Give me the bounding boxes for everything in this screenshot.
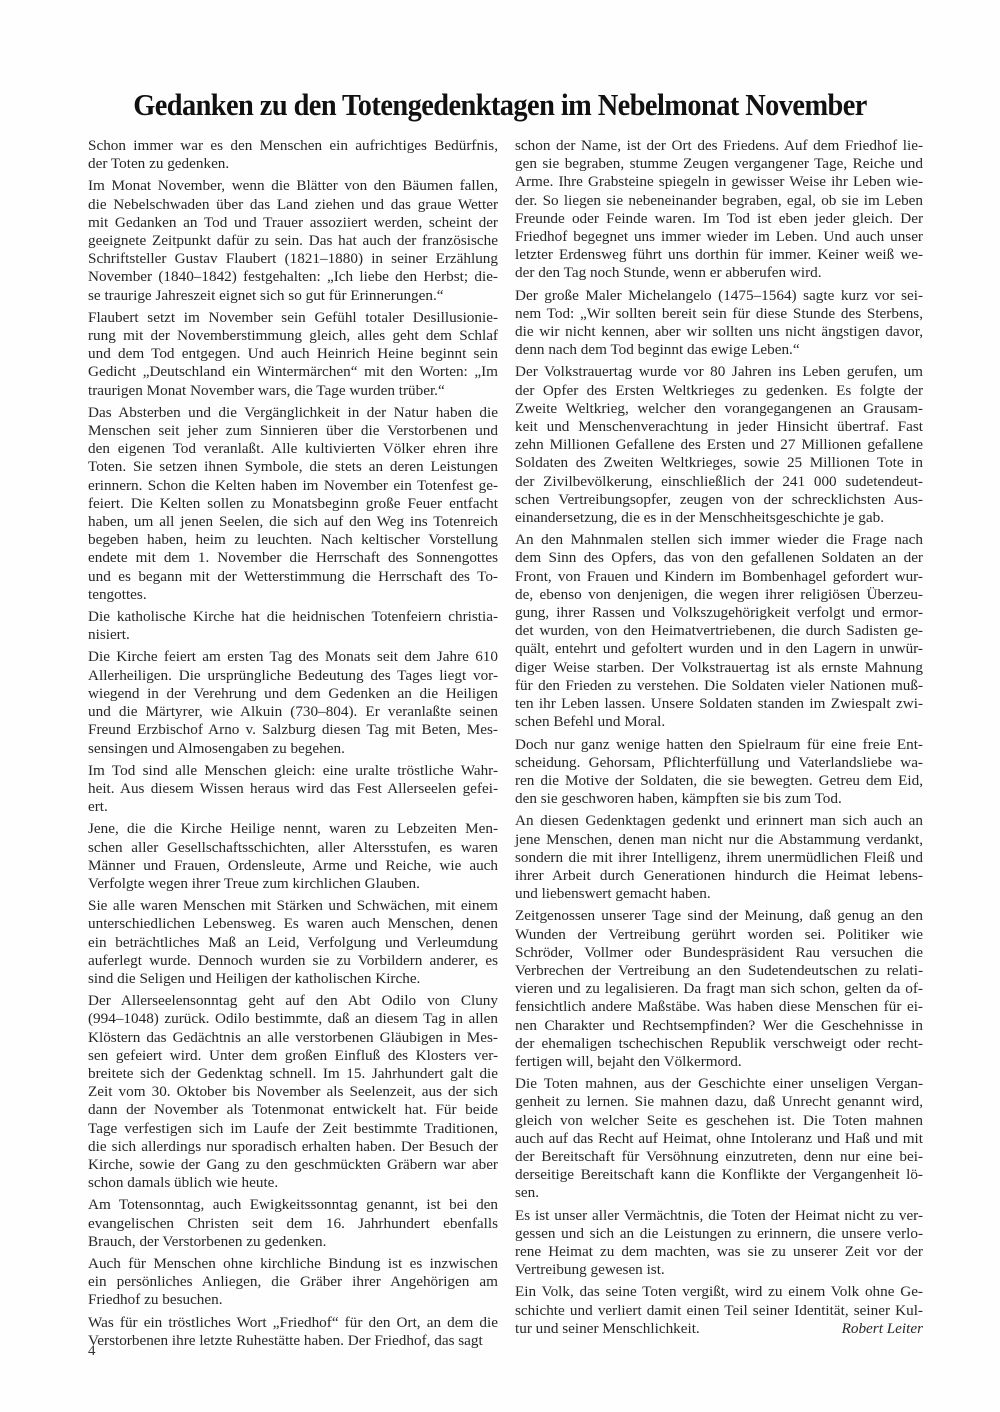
- paragraph: Sie alle waren Menschen mit Stärken und …: [88, 897, 498, 988]
- text-line: An diesen Gedenktagen gedenkt und erinne…: [515, 812, 923, 830]
- text-line: gen sie begraben, stumme Zeugen vergange…: [515, 155, 923, 173]
- text-line: die sich allerdings nur sporadisch erhal…: [88, 1138, 498, 1156]
- paragraph: Auch für Menschen ohne kirchliche Bindun…: [88, 1255, 498, 1310]
- text-line: derseitige Bereitschaft kann die Konflik…: [515, 1166, 923, 1184]
- text-line: wiegend in der Verehrung und dem Gedenke…: [88, 685, 498, 703]
- text-line: die Nebelschwaden über das Land ziehen u…: [88, 196, 498, 214]
- text-line: Brauch, der Verstorbenen zu gedenken.: [88, 1233, 498, 1251]
- text-line: und dem Tod entgegen. Und auch Heinrich …: [88, 345, 498, 363]
- text-line: geeignete Zeitpunkt dafür zu sein. Das h…: [88, 232, 498, 250]
- paragraph: Das Absterben und die Vergänglichkeit in…: [88, 404, 498, 604]
- paragraph: An den Mahnmalen stellen sich immer wied…: [515, 531, 923, 731]
- text-line: ren die Motive der Soldaten, die sie bew…: [515, 772, 923, 790]
- text-line: November (1840–1842) festgehalten: „Ich …: [88, 268, 498, 286]
- text-line: vieren und zu legalisieren. Da fragt man…: [515, 980, 923, 998]
- text-line: nisiert.: [88, 626, 498, 644]
- text-line: den sie geschworen haben, kämpften sie b…: [515, 790, 923, 808]
- text-line: Arme. Ihre Grabsteine spiegeln in gewiss…: [515, 173, 923, 191]
- paragraph: Zeitgenossen unserer Tage sind der Meinu…: [515, 907, 923, 1071]
- text-line: auch auf das Recht auf Heimat, ohne Into…: [515, 1130, 923, 1148]
- text-line: einandersetzung, die es in der Menschhei…: [515, 509, 923, 527]
- text-line: ert.: [88, 798, 498, 816]
- paragraph: Am Totensonntag, auch Ewigkeitssonntag g…: [88, 1196, 498, 1251]
- text-line: Im Tod sind alle Menschen gleich: eine u…: [88, 762, 498, 780]
- text-line: scheidung. Gehorsam, Pflichterfüllung un…: [515, 754, 923, 772]
- text-line: der Bereitschaft für Versöhnung einzutre…: [515, 1148, 923, 1166]
- paragraph: schon der Name, ist der Ort des Friedens…: [515, 137, 923, 283]
- text-line: letzter Erdensweg führt uns dorthin für …: [515, 246, 923, 264]
- text-line: schen Befehl und Moral.: [515, 713, 923, 731]
- text-line: Sie alle waren Menschen mit Stärken und …: [88, 897, 498, 915]
- text-line: de, ebenso von denjenigen, die wegen ihr…: [515, 586, 923, 604]
- left-column: Schon immer war es den Menschen ein aufr…: [88, 137, 498, 1354]
- text-line: jene Menschen, denen man nicht nur die A…: [515, 831, 923, 849]
- text-line: den eigenen Tod veranlaßt. Alle kultivie…: [88, 440, 498, 458]
- text-line: det wurden, von den Heimatvertriebenen, …: [515, 622, 923, 640]
- text-line: Tage verfestigen sich im Laufe der Zeit …: [88, 1120, 498, 1138]
- article-title: Gedanken zu den Totengedenktagen im Nebe…: [35, 88, 965, 123]
- text-line: gleich von welcher Seite es geschehen is…: [515, 1112, 923, 1130]
- text-line: der den Tag noch Stunde, wenn er abberuf…: [515, 264, 923, 282]
- text-line: Zeitgenossen unserer Tage sind der Meinu…: [515, 907, 923, 925]
- text-line: Der Allerseelensonntag geht auf den Abt …: [88, 992, 498, 1010]
- paragraph: Der Volkstrauertag wurde vor 80 Jahren i…: [515, 363, 923, 527]
- text-line: gung, ihrer Rassen und Volkszugehörigkei…: [515, 604, 923, 622]
- text-line: Verbrechen der Vertreibung an den Sudete…: [515, 962, 923, 980]
- text-line: die wir nicht kennen, aber wir sollten u…: [515, 323, 923, 341]
- text-line: Es ist unser aller Vermächtnis, die Tote…: [515, 1207, 923, 1225]
- author-signature: Robert Leiter: [842, 1320, 923, 1338]
- text-line: dem Sinn des Opfers, das von den gefalle…: [515, 549, 923, 567]
- paragraph: Flaubert setzt im November sein Gefühl t…: [88, 309, 498, 400]
- text-line: fertigen will, bejaht den Völkermord.: [515, 1053, 923, 1071]
- text-line: quält, entehrt und gefoltert wurden und …: [515, 640, 923, 658]
- text-line: Flaubert setzt im November sein Gefühl t…: [88, 309, 498, 327]
- text-line: Schon immer war es den Menschen ein aufr…: [88, 137, 498, 155]
- text-line: Freunde oder Feinde waren. Im Tod ist eb…: [515, 210, 923, 228]
- text-line: Das Absterben und die Vergänglichkeit in…: [88, 404, 498, 422]
- text-line: Die katholische Kirche hat die heidnisch…: [88, 608, 498, 626]
- text-line: traurigen Monat November wars, die Tage …: [88, 382, 498, 400]
- paragraph: Im Tod sind alle Menschen gleich: eine u…: [88, 762, 498, 817]
- text-line: Im Monat November, wenn die Blätter von …: [88, 177, 498, 195]
- paragraph: Doch nur ganz wenige hatten den Spielrau…: [515, 736, 923, 809]
- text-line: Klöstern das Gedächtnis an alle verstorb…: [88, 1029, 498, 1047]
- text-line: Schriftsteller Gustav Flaubert (1821–188…: [88, 250, 498, 268]
- paragraph: Die katholische Kirche hat die heidnisch…: [88, 608, 498, 644]
- text-line: Der Volkstrauertag wurde vor 80 Jahren i…: [515, 363, 923, 381]
- text-line: tur und seiner Menschlichkeit.: [515, 1320, 700, 1338]
- text-line: Doch nur ganz wenige hatten den Spielrau…: [515, 736, 923, 754]
- text-line: Kirche, sowie der Gang zu den geschmückt…: [88, 1156, 498, 1174]
- text-line: der Opfer des Ersten Weltkrieges zu gede…: [515, 382, 923, 400]
- text-line: und es begann mit der Wetterstimmung die…: [88, 568, 498, 586]
- paragraph: Die Toten mahnen, aus der Geschichte ein…: [515, 1075, 923, 1202]
- text-line: unterschiedlichen Lebensweg. Es waren au…: [88, 915, 498, 933]
- text-line: sen gefeiert wird. Unter dem großen Einf…: [88, 1047, 498, 1065]
- text-line: feiert. Die Kelten sollen zu Monatsbegin…: [88, 495, 498, 513]
- text-line: Wunden der Vertreibung gerührt worden se…: [515, 926, 923, 944]
- text-line: sen.: [515, 1184, 923, 1202]
- text-line: Toten. Sie setzen ihnen Symbole, die ste…: [88, 458, 498, 476]
- text-line: Soldaten des Zweiten Weltkrieges, sowie …: [515, 454, 923, 472]
- text-line: ten ihr Leben lassen. Unsere Soldaten st…: [515, 695, 923, 713]
- paragraph: Der Allerseelensonntag geht auf den Abt …: [88, 992, 498, 1192]
- text-line: Zweite Weltkrieg, welcher den vorangegan…: [515, 400, 923, 418]
- text-line: für den Frieden zu verstehen. Die Soldat…: [515, 677, 923, 695]
- text-line: ein beträchtliches Maß an Leid, Verfolgu…: [88, 934, 498, 952]
- text-line: ihrer Arbeit durch Generationen hindurch…: [515, 867, 923, 885]
- text-line: evangelischen Christen seit dem 16. Jahr…: [88, 1215, 498, 1233]
- text-line: erinnern. Schon die Kelten haben im Nove…: [88, 477, 498, 495]
- text-line: Vertreibung gewesen ist.: [515, 1261, 923, 1279]
- text-line: der Zivilbevölkerung, einschließlich der…: [515, 473, 923, 491]
- text-line: schon der Name, ist der Ort des Friedens…: [515, 137, 923, 155]
- page-number: 4: [88, 1343, 96, 1360]
- text-line: rung mit der Novemberstimmung gleich, al…: [88, 327, 498, 345]
- text-line: mit Gedanken an Tod und Trauer assoziier…: [88, 214, 498, 232]
- paragraph: Schon immer war es den Menschen ein aufr…: [88, 137, 498, 173]
- text-line: schen Vertreibungsopfer, zeugen von der …: [515, 491, 923, 509]
- paragraph: Es ist unser aller Vermächtnis, die Tote…: [515, 1207, 923, 1280]
- paragraph: Jene, die die Kirche Heilige nennt, ware…: [88, 820, 498, 893]
- text-line: rene Heimat zu dem machten, was sie zu u…: [515, 1243, 923, 1261]
- text-line: haben, um all jenen Seelen, die sich auf…: [88, 513, 498, 531]
- text-line: Was für ein tröstliches Wort „Friedhof“ …: [88, 1314, 498, 1332]
- text-line: Auch für Menschen ohne kirchliche Bindun…: [88, 1255, 498, 1273]
- paragraph: Der große Maler Michelangelo (1475–1564)…: [515, 287, 923, 360]
- text-line: (994–1048) zurück. Odilo bestimmte, daß …: [88, 1010, 498, 1028]
- text-line: tengottes.: [88, 586, 498, 604]
- text-line: breitete sich der Gedenktag schnell. Im …: [88, 1065, 498, 1083]
- text-line: Menschen seit jeher zum Sinnieren über d…: [88, 422, 498, 440]
- text-line-with-signature: tur und seiner Menschlichkeit.Robert Lei…: [515, 1320, 923, 1338]
- text-line: Ein Volk, das seine Toten vergißt, wird …: [515, 1283, 923, 1301]
- text-line: Friedhof zu besuchen.: [88, 1291, 498, 1309]
- text-line: gessen und sich an die Leistungen zu eri…: [515, 1225, 923, 1243]
- text-line: schichte und verliert damit einen Teil s…: [515, 1302, 923, 1320]
- text-line: schon damals üblich wie heute.: [88, 1174, 498, 1192]
- text-line: Front, von Frauen und Kindern im Bombenh…: [515, 568, 923, 586]
- text-line: genheit zu lernen. Sie mahnen dazu, daß …: [515, 1093, 923, 1111]
- text-line: zehn Millionen Gefallene des Ersten und …: [515, 436, 923, 454]
- text-line: begeben haben, heim zu leuchten. Nach ke…: [88, 531, 498, 549]
- text-line: Männer und Frauen, Ordensleute, Arme und…: [88, 857, 498, 875]
- text-line: Allerheiligen. Die ursprüngliche Bedeutu…: [88, 667, 498, 685]
- text-line: der Toten zu gedenken.: [88, 155, 498, 173]
- text-line: Die Toten mahnen, aus der Geschichte ein…: [515, 1075, 923, 1093]
- text-line: diger Weise starben. Der Volkstrauertag …: [515, 659, 923, 677]
- text-line: ein persönliches Anliegen, die Gräber ih…: [88, 1273, 498, 1291]
- text-line: heit. Aus diesem Wissen heraus wird das …: [88, 780, 498, 798]
- text-line: auferlegt wurde. Dennoch wurden sie zu V…: [88, 952, 498, 970]
- text-line: keit und Menschenverachtung in jeder Hin…: [515, 418, 923, 436]
- text-line: Die Kirche feiert am ersten Tag des Mona…: [88, 648, 498, 666]
- paragraph: Die Kirche feiert am ersten Tag des Mona…: [88, 648, 498, 757]
- text-line: Verfolgte wegen ihrer Treue zum kirchlic…: [88, 875, 498, 893]
- right-column: schon der Name, ist der Ort des Friedens…: [515, 137, 923, 1342]
- paragraph: An diesen Gedenktagen gedenkt und erinne…: [515, 812, 923, 903]
- text-line: sensingen und Almosengaben zu begehen.: [88, 740, 498, 758]
- paragraph: Was für ein tröstliches Wort „Friedhof“ …: [88, 1314, 498, 1350]
- text-line: und die Märtyrer, wie Alkuin (730–804). …: [88, 703, 498, 721]
- text-line: denn nach dem Tod beginnt das ewige Lebe…: [515, 341, 923, 359]
- text-line: Friedhof begegnet uns immer wieder im Le…: [515, 228, 923, 246]
- paragraph: Im Monat November, wenn die Blätter von …: [88, 177, 498, 304]
- text-line: Am Totensonntag, auch Ewigkeitssonntag g…: [88, 1196, 498, 1214]
- text-line: Der große Maler Michelangelo (1475–1564)…: [515, 287, 923, 305]
- text-line: An den Mahnmalen stellen sich immer wied…: [515, 531, 923, 549]
- text-line: Schröder, Vollmer oder Bundespräsident R…: [515, 944, 923, 962]
- text-line: der. So liegen sie nebeneinander begrabe…: [515, 192, 923, 210]
- text-line: fensichtlich andere Maßstäbe. Was haben …: [515, 998, 923, 1016]
- text-line: Gedicht „Deutschland ein Wintermärchen“ …: [88, 363, 498, 381]
- text-line: und liebenswert gemacht haben.: [515, 885, 923, 903]
- text-line: se traurige Jahreszeit eignet sich so gu…: [88, 287, 498, 305]
- text-line: endete mit dem 1. November die Herrschaf…: [88, 549, 498, 567]
- text-line: schen aller Gesellschaftsschichten, alle…: [88, 839, 498, 857]
- text-line: dann der November als Totenmonat entwick…: [88, 1101, 498, 1119]
- text-line: sondern die mit ihrer Intelligenz, ihrem…: [515, 849, 923, 867]
- text-line: Freund Erzbischof Arno v. Salzburg diese…: [88, 721, 498, 739]
- text-line: Zeit vom 30. Oktober bis November als Se…: [88, 1083, 498, 1101]
- text-line: Jene, die die Kirche Heilige nennt, ware…: [88, 820, 498, 838]
- text-line: nen Charakter und Rechtsempfinden? Wer d…: [515, 1017, 923, 1035]
- text-line: Verstorbenen ihre letzte Ruhestätte habe…: [88, 1332, 498, 1350]
- text-line: der ehemaligen tschechischen Republik ve…: [515, 1035, 923, 1053]
- document-page: Gedanken zu den Totengedenktagen im Nebe…: [0, 0, 1000, 1412]
- text-line: nem Tod: „Wir sollten bereit sein für di…: [515, 305, 923, 323]
- paragraph: Ein Volk, das seine Toten vergißt, wird …: [515, 1283, 923, 1338]
- text-line: sind die Seligen und Heiligen der kathol…: [88, 970, 498, 988]
